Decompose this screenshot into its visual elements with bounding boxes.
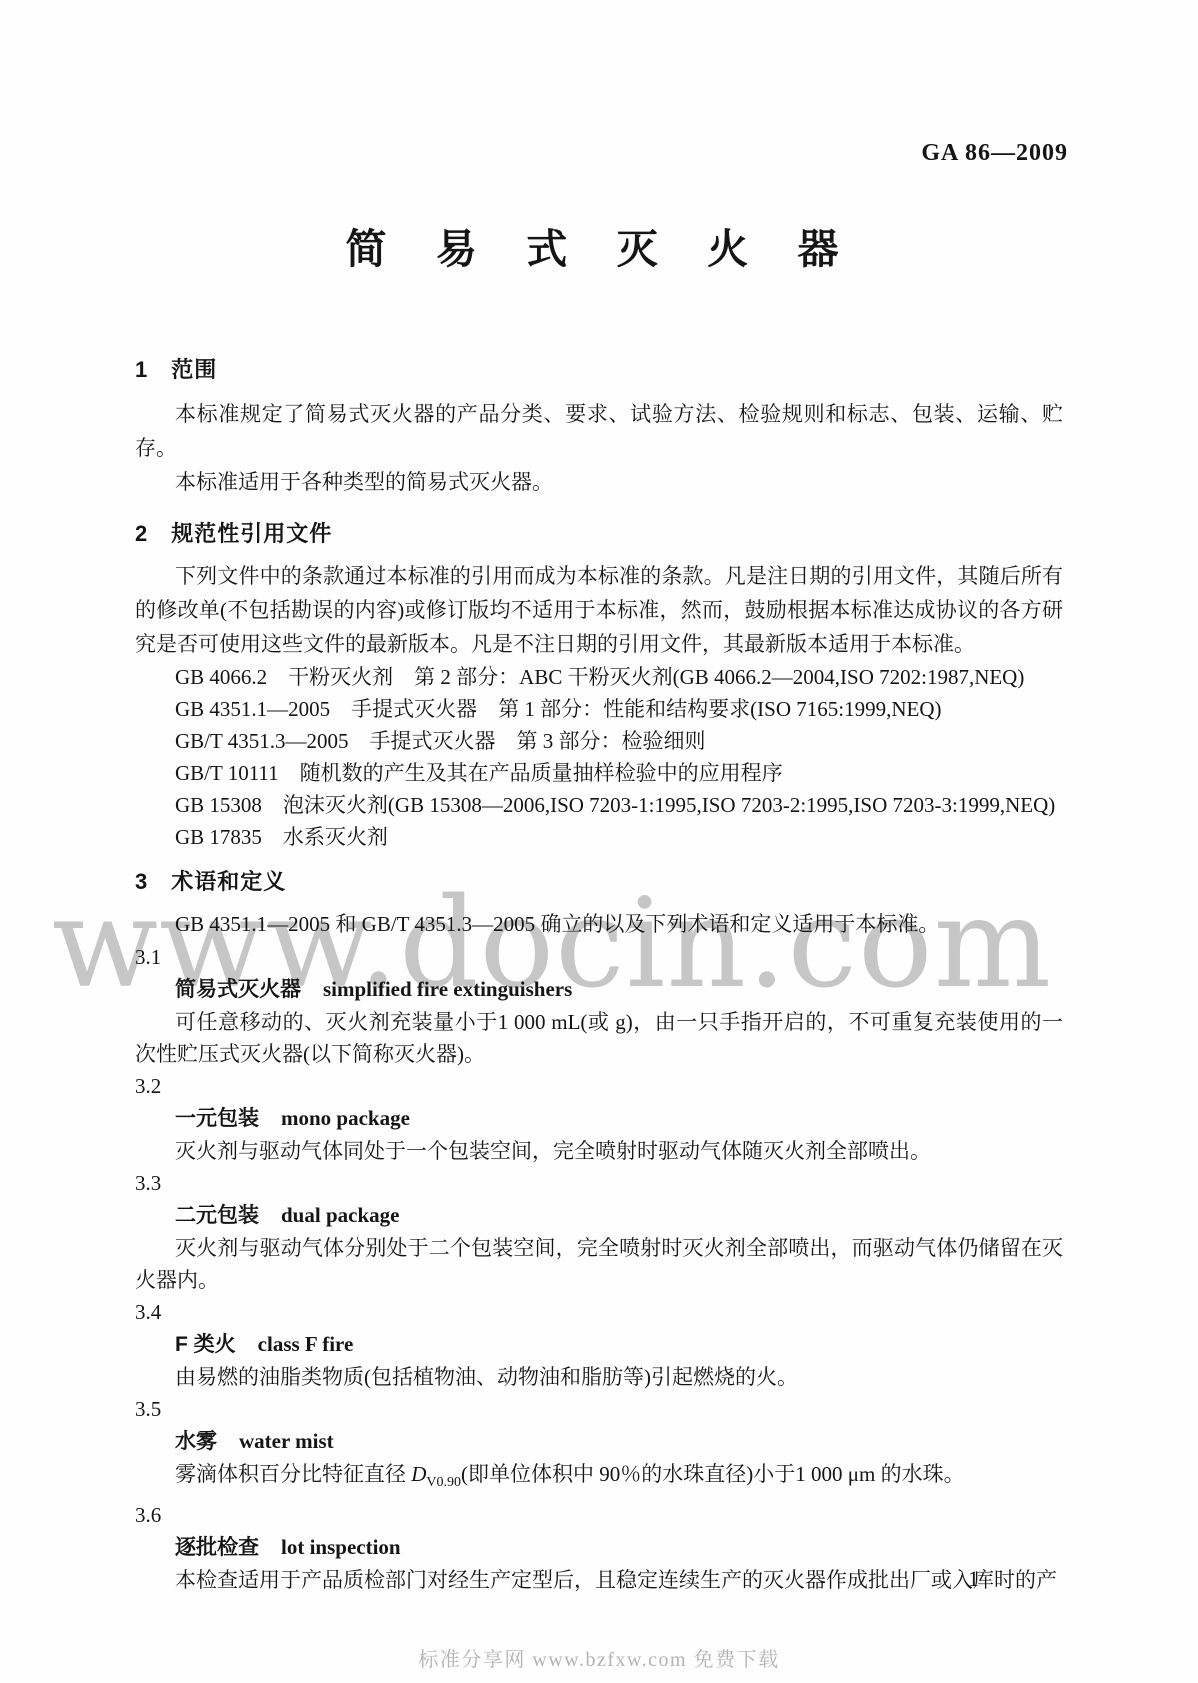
page-content: 简 易 式 灭 火 器 1 范围 本标准规定了简易式灭火器的产品分类、要求、试验… <box>135 0 1063 1596</box>
term-en: class F fire <box>258 1332 354 1356</box>
terms-and-definitions: 3.1 简易式灭火器simplified fire extinguishers … <box>135 941 1063 1596</box>
term-definition: 雾滴体积百分比特征直径 DV0.90(即单位体积中 90％的水珠直径)小于1 0… <box>135 1458 1063 1499</box>
term-zh: 水雾 <box>175 1430 217 1453</box>
term-number: 3.2 <box>135 1070 1063 1102</box>
term-en: lot inspection <box>281 1535 401 1559</box>
footer-note: 标准分享网 www.bzfxw.com 免费下载 <box>0 1643 1198 1672</box>
term-heading: 简易式灭火器simplified fire extinguishers <box>135 973 1063 1006</box>
section-3-heading: 3 术语和定义 <box>135 867 1063 897</box>
variable-symbol: D <box>411 1462 426 1486</box>
term-heading: 水雾water mist <box>135 1425 1063 1458</box>
term-zh: 二元包装 <box>175 1204 259 1227</box>
term-number: 3.4 <box>135 1296 1063 1328</box>
term-number: 3.1 <box>135 941 1063 973</box>
reference-item: GB 4351.1—2005 手提式灭火器 第 1 部分：性能和结构要求(ISO… <box>135 693 1063 725</box>
page-number: 1 <box>968 1566 979 1592</box>
document-page: www.docin.com GA 86—2009 简 易 式 灭 火 器 1 范… <box>0 0 1198 1683</box>
term-number: 3.3 <box>135 1167 1063 1199</box>
term-definition: 灭火剂与驱动气体分别处于二个包装空间，完全喷射时灭火剂全部喷出，而驱动气体仍储留… <box>135 1232 1063 1296</box>
term-heading: F 类火class F fire <box>135 1328 1063 1361</box>
normative-references-list: GB 4066.2 干粉灭火剂 第 2 部分：ABC 干粉灭火剂(GB 4066… <box>135 661 1063 853</box>
reference-item: GB 4066.2 干粉灭火剂 第 2 部分：ABC 干粉灭火剂(GB 4066… <box>135 661 1063 693</box>
term-en: mono package <box>281 1106 410 1130</box>
d-v090-variable: DV0.90 <box>411 1462 461 1486</box>
reference-item: GB 17835 水系灭火剂 <box>135 821 1063 853</box>
term-heading: 二元包装dual package <box>135 1199 1063 1232</box>
section-1-paragraph-1: 本标准规定了简易式灭火器的产品分类、要求、试验方法、检验规则和标志、包装、运输、… <box>135 397 1063 465</box>
definition-text: 雾滴体积百分比特征直径 <box>175 1462 411 1486</box>
term-number: 3.6 <box>135 1499 1063 1531</box>
term-en: simplified fire extinguishers <box>323 977 572 1001</box>
definition-text: (即单位体积中 90％的水珠直径)小于1 000 μm 的水珠。 <box>461 1462 965 1486</box>
term-heading: 逐批检查lot inspection <box>135 1531 1063 1564</box>
term-zh: 逐批检查 <box>175 1536 259 1559</box>
term-definition: 本检查适用于产品质检部门对经生产定型后，且稳定连续生产的灭火器作成批出厂或入库时… <box>135 1564 1063 1596</box>
document-title: 简 易 式 灭 火 器 <box>135 225 1063 273</box>
section-2-intro: 下列文件中的条款通过本标准的引用而成为本标准的条款。凡是注日期的引用文件，其随后… <box>135 559 1063 661</box>
variable-subscript: V0.90 <box>426 1475 461 1490</box>
term-number: 3.5 <box>135 1393 1063 1425</box>
term-zh: F 类火 <box>175 1333 236 1356</box>
term-definition: 可任意移动的、灭火剂充装量小于1 000 mL(或 g)，由一只手指开启的，不可… <box>135 1006 1063 1070</box>
section-1-paragraph-2: 本标准适用于各种类型的简易式灭火器。 <box>135 465 1063 499</box>
term-definition: 灭火剂与驱动气体同处于一个包装空间，完全喷射时驱动气体随灭火剂全部喷出。 <box>135 1135 1063 1167</box>
term-definition: 由易燃的油脂类物质(包括植物油、动物油和脂肪等)引起燃烧的火。 <box>135 1361 1063 1393</box>
term-en: dual package <box>281 1203 399 1227</box>
section-3-intro: GB 4351.1—2005 和 GB/T 4351.3—2005 确立的以及下… <box>135 907 1063 941</box>
reference-item: GB/T 4351.3—2005 手提式灭火器 第 3 部分：检验细则 <box>135 725 1063 757</box>
section-1-heading: 1 范围 <box>135 355 1063 385</box>
section-2-heading: 2 规范性引用文件 <box>135 519 1063 549</box>
term-heading: 一元包装mono package <box>135 1102 1063 1135</box>
term-en: water mist <box>239 1429 334 1453</box>
reference-item: GB/T 10111 随机数的产生及其在产品质量抽样检验中的应用程序 <box>135 757 1063 789</box>
reference-item: GB 15308 泡沫灭火剂(GB 15308—2006,ISO 7203-1:… <box>135 789 1063 821</box>
term-zh: 一元包装 <box>175 1107 259 1130</box>
term-zh: 简易式灭火器 <box>175 978 301 1001</box>
